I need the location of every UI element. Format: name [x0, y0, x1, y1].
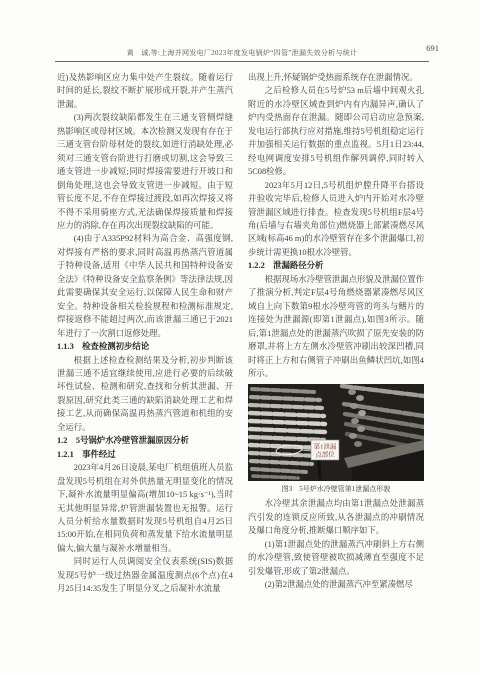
paragraph: 水冷壁其余泄漏点均由第1泄漏点处泄漏蒸汽引发的连锁反应所致,从各泄漏点的冲刷情况… — [248, 497, 424, 537]
boiler-tubes-photo-graphic: 第1泄漏 点部位 — [248, 384, 424, 481]
page-number: 691 — [426, 42, 439, 55]
section-heading-1-2-1: 1.2.1 事件经过 — [57, 448, 233, 461]
paragraph: (2)第2泄漏点处的泄漏蒸汽冲至紧凑燃尽 — [248, 578, 424, 591]
left-column: 近)及热影响区应力集中处产生裂纹。随着运行时间的延长,裂纹不断扩展形成开裂,并产… — [57, 71, 233, 596]
paragraph: (3)两次裂纹缺陷都发生在三通支管侧焊缝热影响区或母材区域。本次检测又发现有存在… — [57, 111, 233, 232]
leak-point-label-line2: 点部位 — [315, 450, 335, 459]
figure-3-caption: 图3 5号炉水冷壁管第1泄漏点形貌 — [248, 484, 424, 495]
journal-page: 黄 诚,等:上海并网发电厂2023年度发电锅炉“四管”泄漏失效分析与统计 691… — [0, 0, 480, 673]
section-heading-1-2-2: 1.2.2 泄漏路径分析 — [248, 259, 424, 272]
leak-point-label: 第1泄漏 点部位 — [311, 440, 339, 460]
header-rule — [55, 61, 429, 62]
right-column: 出现上升,怀疑锅炉受热面系统存在泄漏情况。 之后检修人员在5号炉53 m后墙中间… — [248, 71, 424, 596]
paragraph: 根据现场水冷壁管泄漏点形貌及泄漏位置作了推演分析,判定F层4号角燃烧器紧凑燃尽风… — [248, 273, 424, 381]
page-body: 近)及热影响区应力集中处产生裂纹。随着运行时间的延长,裂纹不断扩展形成开裂,并产… — [57, 71, 427, 596]
leak-point-label-line1: 第1泄漏 — [314, 442, 337, 451]
paragraph: 出现上升,怀疑锅炉受热面系统存在泄漏情况。 — [248, 71, 424, 84]
section-heading-1-2: 1.2 5号锅炉水冷壁管泄漏原因分析 — [57, 434, 233, 447]
paragraph: 近)及热影响区应力集中处产生裂纹。随着运行时间的延长,裂纹不断扩展形成开裂,并产… — [57, 71, 233, 111]
running-title: 黄 诚,等:上海并网发电厂2023年度发电锅炉“四管”泄漏失效分析与统计 — [127, 47, 358, 60]
paragraph: 之后检修人员在5号炉53 m后墙中间观火孔附近的水冷壁区域查到炉内有内漏异声,确… — [248, 84, 424, 178]
paragraph: 2023年4月26日凌晨,某电厂机组值班人员监盘发现5号机组在对外供热量无明显变… — [57, 461, 233, 555]
paragraph: (4)由于A335P92材料为高合金、高强度钢,对焊接有严格的要求,同时高温再热… — [57, 232, 233, 340]
water-wall-leak-photo: 第1泄漏 点部位 — [248, 384, 424, 481]
section-heading-1-1-3: 1.1.3 检查检测初步结论 — [57, 340, 233, 353]
paragraph: (1)第1泄漏点处的泄漏蒸汽冲刷斜上方右侧的水冷壁管,致使管壁被吹损减薄直至强度… — [248, 538, 424, 578]
paragraph: 根据上述检查检测结果及分析,初步判断该泄漏三通不适宜继续使用,应进行必要的后续破… — [57, 354, 233, 435]
page-header: 黄 诚,等:上海并网发电厂2023年度发电锅炉“四管”泄漏失效分析与统计 691 — [57, 42, 427, 55]
paragraph: 同时运行人员调阅安全仪表系统(SIS)数据发现5号炉一级过热器金属温度测点(6个… — [57, 555, 233, 595]
paragraph: 2023年5月12日,5号机组炉膛升降平台搭设并验收完毕后,检修人员进入炉内开始… — [248, 179, 424, 260]
figure-3: 第1泄漏 点部位 图3 5号炉水冷壁管第1泄漏点形貌 — [248, 384, 424, 495]
